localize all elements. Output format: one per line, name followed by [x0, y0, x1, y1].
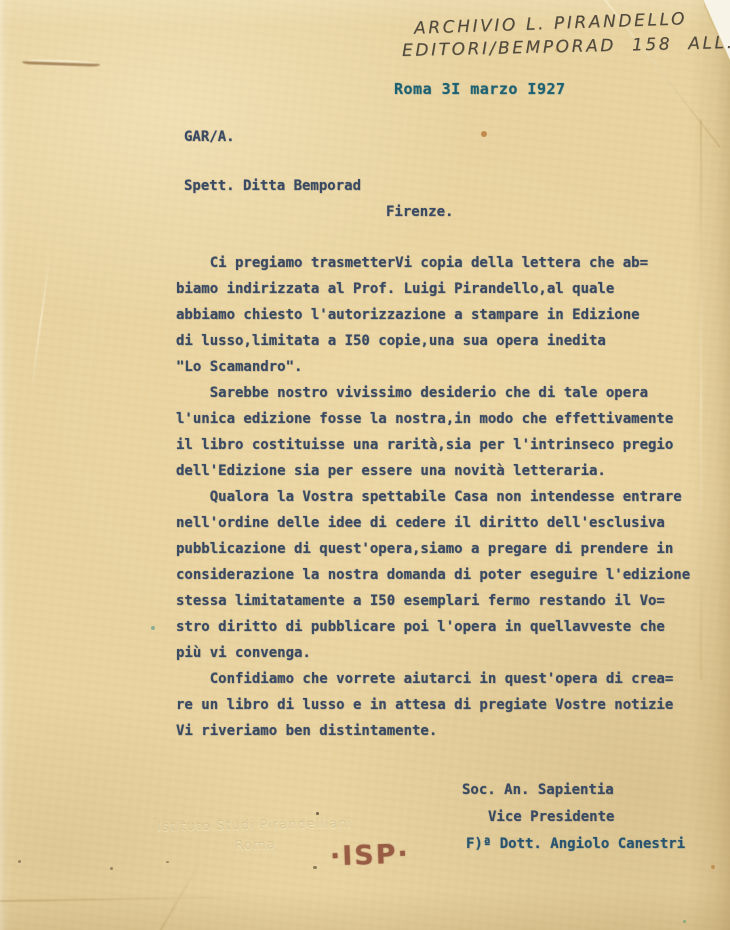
stain [110, 867, 113, 870]
letter-body: Ci pregiamo trasmetterVi copia della let… [176, 250, 690, 744]
letter-line: re un libro di lusso e in attesa di preg… [176, 692, 690, 718]
letter-line: Sarebbe nostro vivissimo desiderio che d… [176, 380, 690, 406]
crease-line [158, 856, 205, 930]
letter-line: considerazione la nostra domanda di pote… [176, 562, 690, 588]
crease-line [30, 251, 51, 390]
letter-line: stro diritto di pubblicare poi l'opera i… [176, 614, 690, 640]
letter-line: abbiamo chiesto l'autorizzazione a stamp… [176, 302, 690, 328]
letter-line: Vi riveriamo ben distintamente. [176, 718, 690, 744]
signature-title: Vice Presidente [488, 809, 614, 825]
stain [151, 626, 155, 630]
letter-line: biamo indirizzata al Prof. Luigi Pirande… [176, 276, 690, 302]
embossed-archive-stamp: Istituto Studi Pirandelliani Roma [150, 814, 361, 858]
stain [18, 860, 21, 863]
stain [313, 866, 317, 869]
stain [166, 861, 169, 863]
letter-line: il libro costituisse una rarità,sia per … [176, 432, 690, 458]
reference-code: GAR/A. [184, 129, 235, 145]
letter-line: l'unica edizione fosse la nostra,in modo… [176, 406, 690, 432]
letter-line: dell'Edizione sia per essere una novità … [176, 458, 690, 484]
paper-tear [22, 59, 100, 69]
letter-line: più vi convenga. [176, 640, 690, 666]
letter-line: stessa limitatamente a I50 esemplari fer… [176, 588, 690, 614]
stain [683, 920, 686, 923]
letter-date: Roma 3I marzo I927 [394, 80, 566, 98]
recipient-city: Firenze. [386, 204, 453, 220]
letter-line: Confidiamo che vorrete aiutarci in quest… [176, 666, 690, 692]
crease-line [700, 120, 702, 680]
signature-name: F)ª Dott. Angiolo Canestri [466, 836, 685, 852]
crease-line [0, 896, 250, 902]
letter-line: di lusso,limitata a I50 copie,una sua op… [176, 328, 690, 354]
letter-line: nell'ordine delle idee di cedere il diri… [176, 510, 690, 536]
stain [481, 131, 487, 137]
letter-line: Ci pregiamo trasmetterVi copia della let… [176, 250, 690, 276]
recipient-name: Spett. Ditta Bemporad [184, 178, 361, 194]
letter-line: Qualora la Vostra spettabile Casa non in… [176, 484, 690, 510]
stain [711, 865, 715, 869]
signature-company: Soc. An. Sapientia [462, 782, 614, 798]
letter-line: "Lo Scamandro". [176, 354, 690, 380]
scanned-letter-screenshot: { "annotation": { "line1": "ARCHIVIO L. … [0, 0, 730, 930]
letter-line: pubblicazione di quest'opera,siamo a pre… [176, 536, 690, 562]
embossed-stamp-line1: Istituto Studi Pirandelliani [150, 814, 360, 838]
isp-ink-stamp: ·ISP· [329, 839, 410, 873]
torn-corner [704, 0, 730, 64]
letter-page: ARCHIVIO L. PIRANDELLO EDITORI/BEMPORAD … [0, 0, 730, 930]
